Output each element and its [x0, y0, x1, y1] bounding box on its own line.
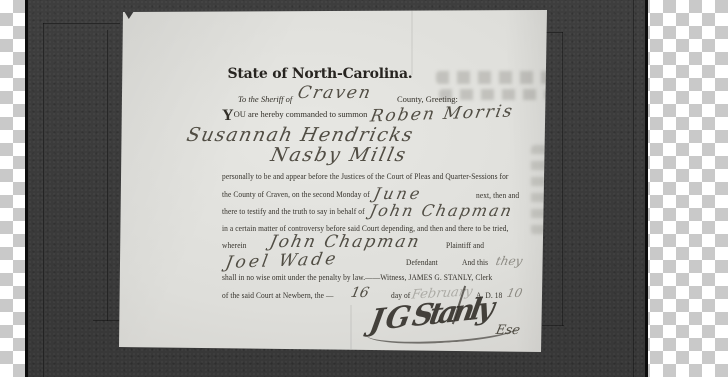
day-number-script: 16 — [349, 285, 370, 301]
backing-crease-line — [542, 325, 564, 326]
and-this-label: And this — [462, 258, 488, 267]
scan-edge-right — [645, 0, 648, 377]
body-line-3-prefix: there to testify and the truth to say in… — [222, 207, 365, 216]
backing-crease-line — [43, 23, 120, 24]
year-digits-script: 10 — [506, 286, 524, 300]
paper-fold-crease — [350, 305, 352, 349]
document-heading: State of North-Carolina. — [220, 66, 420, 82]
document-paper: State of North-Carolina. To the Sheriff … — [118, 5, 548, 353]
backing-crease-line — [633, 0, 634, 377]
court-date-line-prefix: of the said Court at Newbern, the — — [222, 291, 334, 300]
scan-edge-left — [25, 0, 28, 377]
body-line-2-prefix: the County of Craven, on the second Mond… — [222, 190, 370, 199]
scanned-document-canvas: State of North-Carolina. To the Sheriff … — [0, 0, 728, 377]
defendant-label: Defendant — [406, 258, 438, 267]
wherein-label: wherein — [222, 241, 247, 250]
signature-suffix-script: Ese — [494, 323, 521, 338]
backing-crease-line — [43, 23, 44, 377]
backing-crease-line — [562, 32, 563, 326]
defendant-name-script: Joel Wade — [224, 249, 340, 273]
penalty-witness-line: shall in no wise omit under the penalty … — [222, 273, 492, 282]
body-line-2-suffix: next, then and — [476, 191, 519, 200]
summon-drop-cap: Y — [222, 107, 234, 124]
summon-command-line: YOU are hereby commanded to summon — [222, 109, 367, 120]
backing-crease-line — [107, 30, 108, 321]
greeting-text: County, Greeting: — [397, 94, 458, 104]
plaintiff-label: Plaintiff and — [446, 241, 484, 250]
ink-bleedthrough-smudge — [436, 71, 550, 84]
paper-corner-notch — [124, 11, 134, 19]
they-script: they — [495, 254, 524, 268]
sheriff-line-prefix: To the Sheriff of — [238, 94, 292, 104]
summon-command-text: OU are hereby commanded to summon — [234, 109, 368, 119]
witness-name-1-script: Roben Morris — [369, 102, 516, 127]
county-name-script: Craven — [296, 83, 374, 103]
witness-name-3-script: Nasby Mills — [269, 144, 410, 166]
plaintiff-name-script: John Chapman — [268, 232, 423, 252]
backing-crease-line — [93, 320, 121, 321]
witness-name-2-script: Susannah Hendricks — [185, 124, 416, 146]
body-line-1: personally to be and appear before the J… — [222, 172, 508, 181]
backing-crease-line — [546, 32, 563, 33]
behalf-name-script: John Chapman — [368, 201, 515, 220]
